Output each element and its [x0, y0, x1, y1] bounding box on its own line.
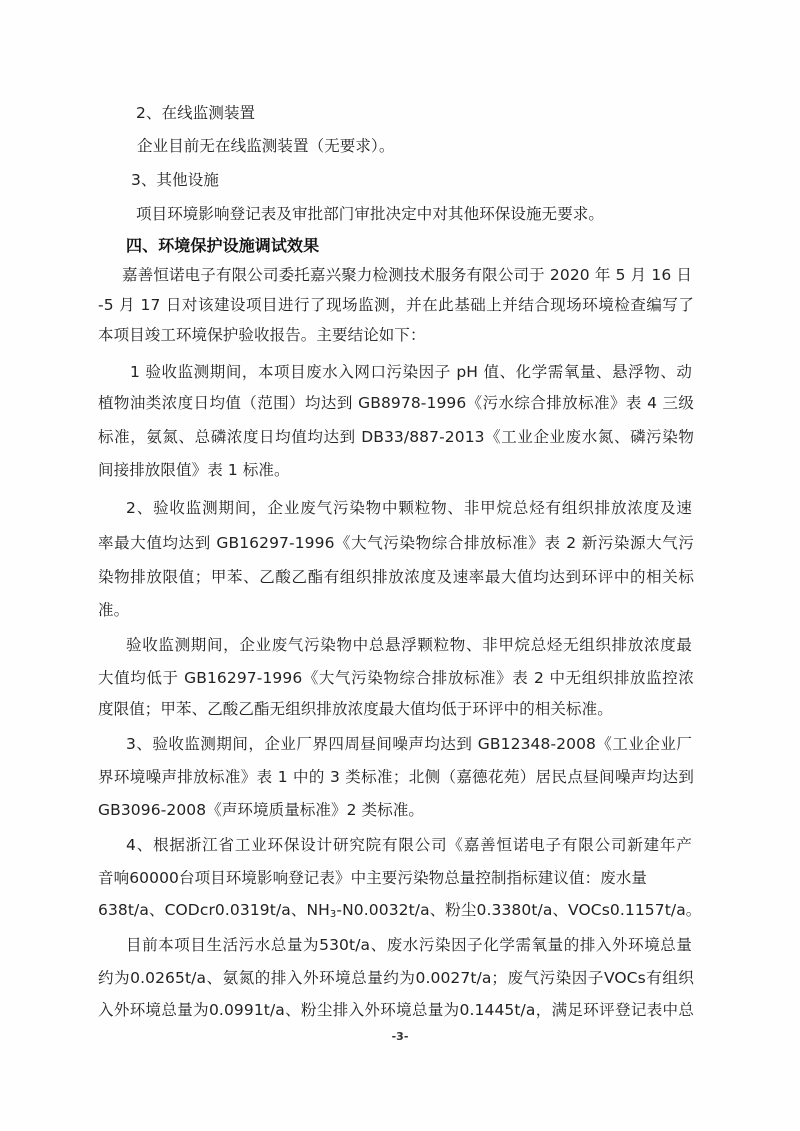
conclusion-4-line: 4、根据浙江省工业环保设计研究院有限公司《嘉善恒诺电子有限公司新建年产 — [126, 835, 692, 855]
conclusion-4-emission-values: 638t/a、CODcr0.0319t/a、NH3-N0.0032t/a、粉尘0… — [98, 900, 694, 925]
current-totals-line: 入外环境总量为0.0991t/a、粉尘排入外环境总量为0.1445t/a，满足环… — [98, 1000, 694, 1020]
document-page: 2、在线监测装置 企业目前无在线监测装置（无要求）。 3、其他设施 项目环境影响… — [0, 0, 800, 1131]
conclusion-2b-line: 大值均低于 GB16297-1996《大气污染物综合排放标准》表 2 中无组织排… — [98, 668, 694, 688]
conclusion-2-line: 2、验收监测期间，企业废气污染物中颗粒物、非甲烷总烃有组织排放浓度及速 — [126, 498, 692, 518]
conclusion-1-line: 植物油类浓度日均值（范围）均达到 GB8978-1996《污水综合排放标准》表 … — [98, 393, 694, 413]
paragraph-line: 本项目竣工环境保护验收报告。主要结论如下： — [98, 325, 694, 345]
current-totals-line: 约为0.0265t/a、氨氮的排入外环境总量约为0.0027t/a；废气污染因子… — [98, 968, 694, 988]
subsection-heading-other-facilities: 3、其他设施 — [131, 170, 727, 190]
conclusion-3-line: 3、验收监测期间，企业厂界四周昼间噪声均达到 GB12348-2008《工业企业… — [126, 734, 692, 754]
conclusion-1-line: 1 验收监测期间，本项目废水入网口污染因子 pH 值、化学需氧量、悬浮物、动 — [130, 362, 692, 382]
section-title-environmental-protection: 四、环境保护设施调试效果 — [126, 236, 722, 256]
conclusion-2b-line: 度限值；甲苯、乙酸乙酯无组织排放浓度最大值均低于环评中的相关标准。 — [98, 699, 694, 719]
page-number: -3- — [0, 1030, 800, 1043]
conclusion-2-line: 染物排放限值；甲苯、乙酸乙酯有组织排放浓度及速率最大值均达到环评中的相关标 — [98, 567, 694, 587]
subsection-heading-online-monitoring: 2、在线监测装置 — [136, 103, 732, 123]
conclusion-3-line: GB3096-2008《声环境质量标准》2 类标准。 — [98, 800, 694, 820]
paragraph-line: -5 月 17 日对该建设项目进行了现场监测，并在此基础上并结合现场环境检查编写… — [98, 295, 694, 315]
paragraph-line: 嘉善恒诺电子有限公司委托嘉兴聚力检测技术服务有限公司于 2020 年 5 月 1… — [122, 265, 692, 285]
conclusion-4-line: 音响60000台项目环境影响登记表》中主要污染物总量控制指标建议值：废水量 — [98, 868, 694, 888]
conclusion-1-line: 标准，氨氮、总磷浓度日均值均达到 DB33/887-2013《工业企业废水氮、磷… — [98, 427, 694, 447]
conclusion-1-line: 间接排放限值》表 1 标准。 — [98, 460, 694, 480]
paragraph-online-monitoring: 企业目前无在线监测装置（无要求）。 — [137, 136, 733, 156]
conclusion-3-line: 界环境噪声排放标准》表 1 中的 3 类标准；北侧（嘉德花苑）居民点昼间噪声均达… — [98, 767, 694, 787]
paragraph-other-facilities: 项目环境影响登记表及审批部门审批决定中对其他环保设施无要求。 — [136, 204, 732, 224]
emission-values-post: -N0.0032t/a、粉尘0.3380t/a、VOCs0.1157t/a。 — [336, 901, 701, 919]
conclusion-2-line: 率最大值均达到 GB16297-1996《大气污染物综合排放标准》表 2 新污染… — [98, 533, 694, 553]
emission-values-pre: 638t/a、CODcr0.0319t/a、NH — [98, 901, 330, 919]
current-totals-line: 目前本项目生活污水总量为530t/a、废水污染因子化学需氧量的排入外环境总量 — [126, 935, 692, 955]
conclusion-2b-line: 验收监测期间，企业废气污染物中总悬浮颗粒物、非甲烷总烃无组织排放浓度最 — [126, 635, 692, 655]
conclusion-2-line: 准。 — [98, 600, 694, 620]
